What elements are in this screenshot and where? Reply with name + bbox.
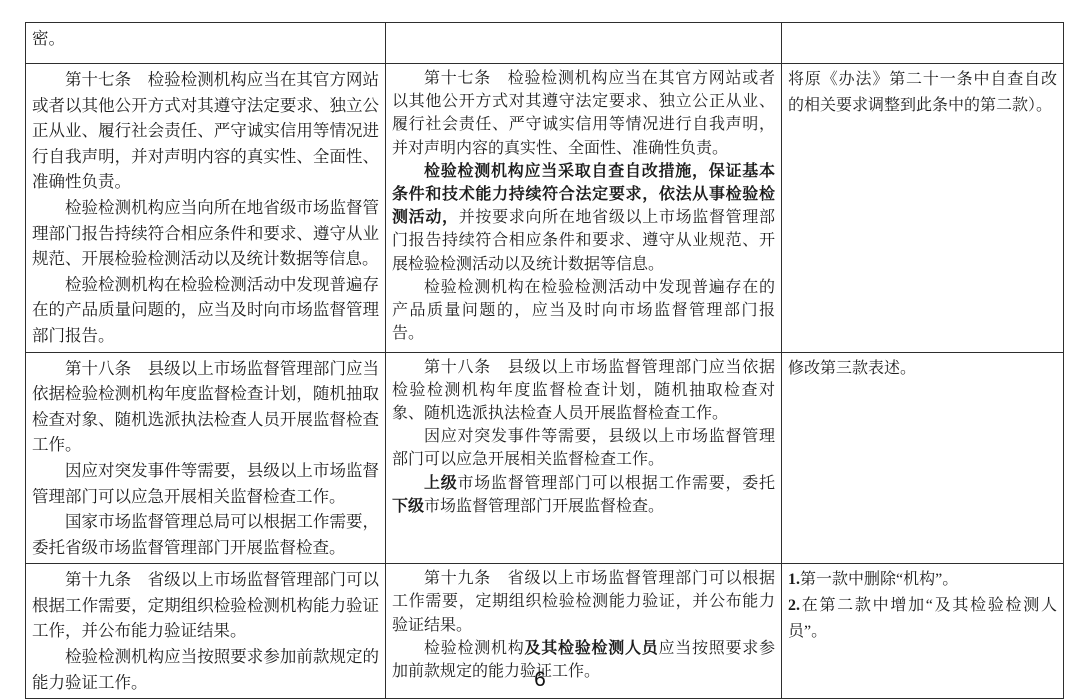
text-segment: 密。: [32, 29, 65, 48]
table-cell-new-text: [386, 23, 782, 64]
text-segment: 检验检测机构: [424, 640, 525, 657]
table-cell-note: 将原《办法》第二十一条中自查自改的相关要求调整到此条中的第二款）。: [782, 64, 1064, 353]
table-row: 第十七条 检验检测机构应当在其官方网站或者以其他公开方式对其遵守法定要求、独立公…: [26, 64, 1064, 353]
paragraph: 修改第三款表述。: [788, 356, 1057, 382]
paragraph: 第十七条 检验检测机构应当在其官方网站或者以其他公开方式对其遵守法定要求、独立公…: [392, 67, 775, 160]
table-cell-old-text: 第十七条 检验检测机构应当在其官方网站或者以其他公开方式对其遵守法定要求、独立公…: [26, 64, 386, 353]
table-cell-note: [782, 23, 1064, 64]
bold-text-segment: 2.: [788, 597, 800, 614]
table-cell-old-text: 第十八条 县级以上市场监督管理部门应当依据检验检测机构年度监督检查计划，随机抽取…: [26, 352, 386, 564]
paragraph: 第十七条 检验检测机构应当在其官方网站或者以其他公开方式对其遵守法定要求、独立公…: [32, 67, 379, 195]
text-segment: 第十八条 县级以上市场监督管理部门应当依据检验检测机构年度监督检查计划，随机抽取…: [32, 359, 379, 455]
paragraph: 检验检测机构应当向所在地省级市场监督管理部门报告持续符合相应条件和要求、遵守从业…: [32, 195, 379, 272]
paragraph: 2.在第二款中增加“及其检验检测人员”。: [788, 593, 1057, 645]
table-cell-old-text: 密。: [26, 23, 386, 64]
table-row: 第十八条 县级以上市场监督管理部门应当依据检验检测机构年度监督检查计划，随机抽取…: [26, 352, 1064, 564]
paragraph: 1.第一款中删除“机构”。: [788, 567, 1057, 593]
bold-text-segment: 下级: [392, 498, 424, 515]
bold-text-segment: 1.: [788, 571, 800, 588]
text-segment: 将原《办法》第二十一条中自查自改的相关要求调整到此条中的第二款）。: [788, 71, 1057, 114]
text-segment: 因应对突发事件等需要，县级以上市场监督管理部门可以应急开展相关监督检查工作。: [392, 428, 775, 468]
table-cell-new-text: 第十七条 检验检测机构应当在其官方网站或者以其他公开方式对其遵守法定要求、独立公…: [386, 64, 782, 353]
text-segment: 修改第三款表述。: [788, 360, 916, 377]
paragraph: 上级市场监督管理部门可以根据工作需要，委托下级市场监督管理部门开展监督检查。: [392, 472, 775, 518]
paragraph: 因应对突发事件等需要，县级以上市场监督管理部门可以应急开展相关监督检查工作。: [392, 425, 775, 471]
text-segment: 第十七条 检验检测机构应当在其官方网站或者以其他公开方式对其遵守法定要求、独立公…: [392, 70, 775, 157]
paragraph: 第十八条 县级以上市场监督管理部门应当依据检验检测机构年度监督检查计划，随机抽取…: [392, 356, 775, 426]
bold-text-segment: 及其检验检测人员: [525, 640, 659, 657]
paragraph: 因应对突发事件等需要，县级以上市场监督管理部门可以应急开展相关监督检查工作。: [32, 458, 379, 509]
bold-text-segment: 上级: [424, 475, 458, 492]
text-segment: 国家市场监督管理总局可以根据工作需要，委托省级市场监督管理部门开展监督检查。: [32, 512, 379, 557]
paragraph: 第十八条 县级以上市场监督管理部门应当依据检验检测机构年度监督检查计划，随机抽取…: [32, 356, 379, 458]
table-cell-note: 修改第三款表述。: [782, 352, 1064, 564]
paragraph: 第十九条 省级以上市场监督管理部门可以根据工作需要，定期组织检验检测机构能力验证…: [32, 567, 379, 644]
paragraph: 将原《办法》第二十一条中自查自改的相关要求调整到此条中的第二款）。: [788, 67, 1057, 119]
text-segment: 第一款中删除“机构”。: [800, 571, 958, 588]
document-page: 密。 第十七条 检验检测机构应当在其官方网站或者以其他公开方式对其遵守法定要求、…: [0, 0, 1080, 700]
text-segment: 第十九条 省级以上市场监督管理部门可以根据工作需要，定期组织检验检测能力验证，并…: [392, 570, 775, 633]
text-segment: 市场监督管理部门可以根据工作需要，委托: [458, 475, 775, 492]
paragraph: 密。: [32, 26, 379, 52]
page-number: 6: [0, 668, 1080, 692]
paragraph: 检验检测机构在检验检测活动中发现普遍存在的产品质量问题的，应当及时向市场监督管理…: [32, 272, 379, 349]
table-cell-new-text: 第十八条 县级以上市场监督管理部门应当依据检验检测机构年度监督检查计划，随机抽取…: [386, 352, 782, 564]
paragraph: 国家市场监督管理总局可以根据工作需要，委托省级市场监督管理部门开展监督检查。: [32, 509, 379, 560]
text-segment: 第十七条 检验检测机构应当在其官方网站或者以其他公开方式对其遵守法定要求、独立公…: [32, 70, 379, 191]
text-segment: 因应对突发事件等需要，县级以上市场监督管理部门可以应急开展相关监督检查工作。: [32, 461, 379, 506]
paragraph: 检验检测机构应当采取自查自改措施，保证基本条件和技术能力持续符合法定要求，依法从…: [392, 160, 775, 276]
text-segment: 检验检测机构在检验检测活动中发现普遍存在的产品质量问题的，应当及时向市场监督管理…: [392, 279, 775, 342]
paragraph: 第十九条 省级以上市场监督管理部门可以根据工作需要，定期组织检验检测能力验证，并…: [392, 567, 775, 637]
paragraph: 检验检测机构在检验检测活动中发现普遍存在的产品质量问题的，应当及时向市场监督管理…: [392, 276, 775, 346]
comparison-table: 密。 第十七条 检验检测机构应当在其官方网站或者以其他公开方式对其遵守法定要求、…: [25, 22, 1064, 699]
text-segment: 检验检测机构在检验检测活动中发现普遍存在的产品质量问题的，应当及时向市场监督管理…: [32, 275, 379, 345]
text-segment: 在第二款中增加“及其检验检测人员”。: [788, 597, 1057, 640]
table-row: 密。: [26, 23, 1064, 64]
text-segment: 检验检测机构应当向所在地省级市场监督管理部门报告持续符合相应条件和要求、遵守从业…: [32, 198, 379, 268]
text-segment: 市场监督管理部门开展监督检查。: [424, 498, 664, 515]
text-segment: 第十九条 省级以上市场监督管理部门可以根据工作需要，定期组织检验检测机构能力验证…: [32, 570, 379, 640]
text-segment: 第十八条 县级以上市场监督管理部门应当依据检验检测机构年度监督检查计划，随机抽取…: [392, 359, 775, 422]
